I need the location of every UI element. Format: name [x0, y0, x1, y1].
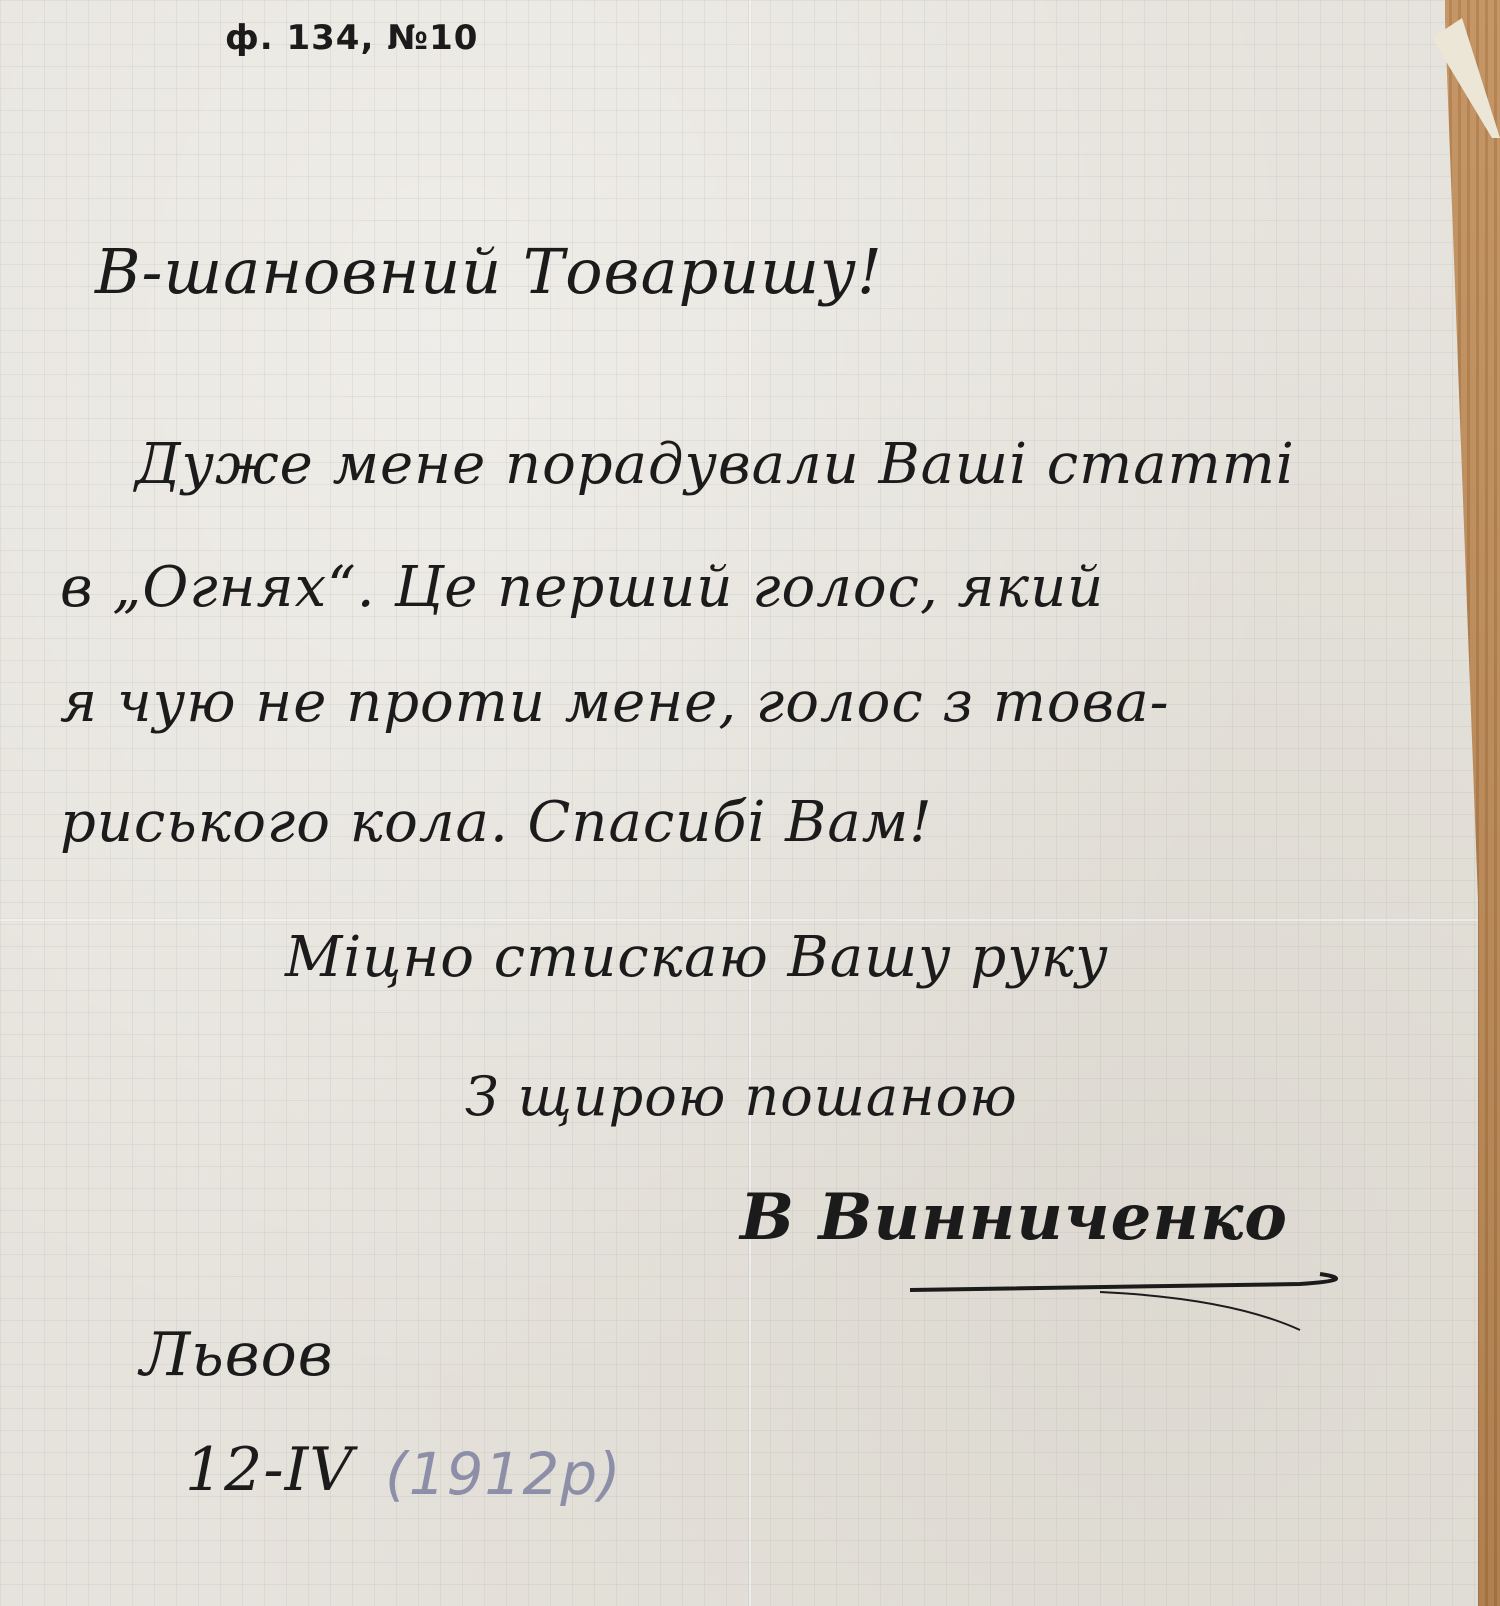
year-annotation: (1912р)	[385, 1440, 622, 1508]
letter-paper: ф. 134, №10 В-шановний Товаришу! Дуже ме…	[0, 0, 1478, 1606]
body-line: Дуже мене порадували Ваші статті	[135, 432, 1295, 497]
closing-line: З щирою пошаною	[465, 1065, 1018, 1128]
horizontal-fold-crease	[0, 918, 1478, 922]
date: 12-IV	[185, 1435, 354, 1505]
closing-line: Міцно стискаю Вашу руку	[285, 925, 1109, 990]
body-line: в „Огнях“. Це перший голос, який	[60, 555, 1104, 620]
body-line: я чую не проти мене, голос з това-	[60, 670, 1170, 735]
signature-flourish-icon	[900, 1270, 1360, 1340]
salutation: В-шановний Товаришу!	[95, 235, 883, 308]
body-line: риського кола. Спасибі Вам!	[60, 790, 933, 855]
signature: В Винниченко	[740, 1180, 1288, 1255]
archive-reference: ф. 134, №10	[225, 18, 478, 58]
place: Львов	[140, 1320, 334, 1390]
